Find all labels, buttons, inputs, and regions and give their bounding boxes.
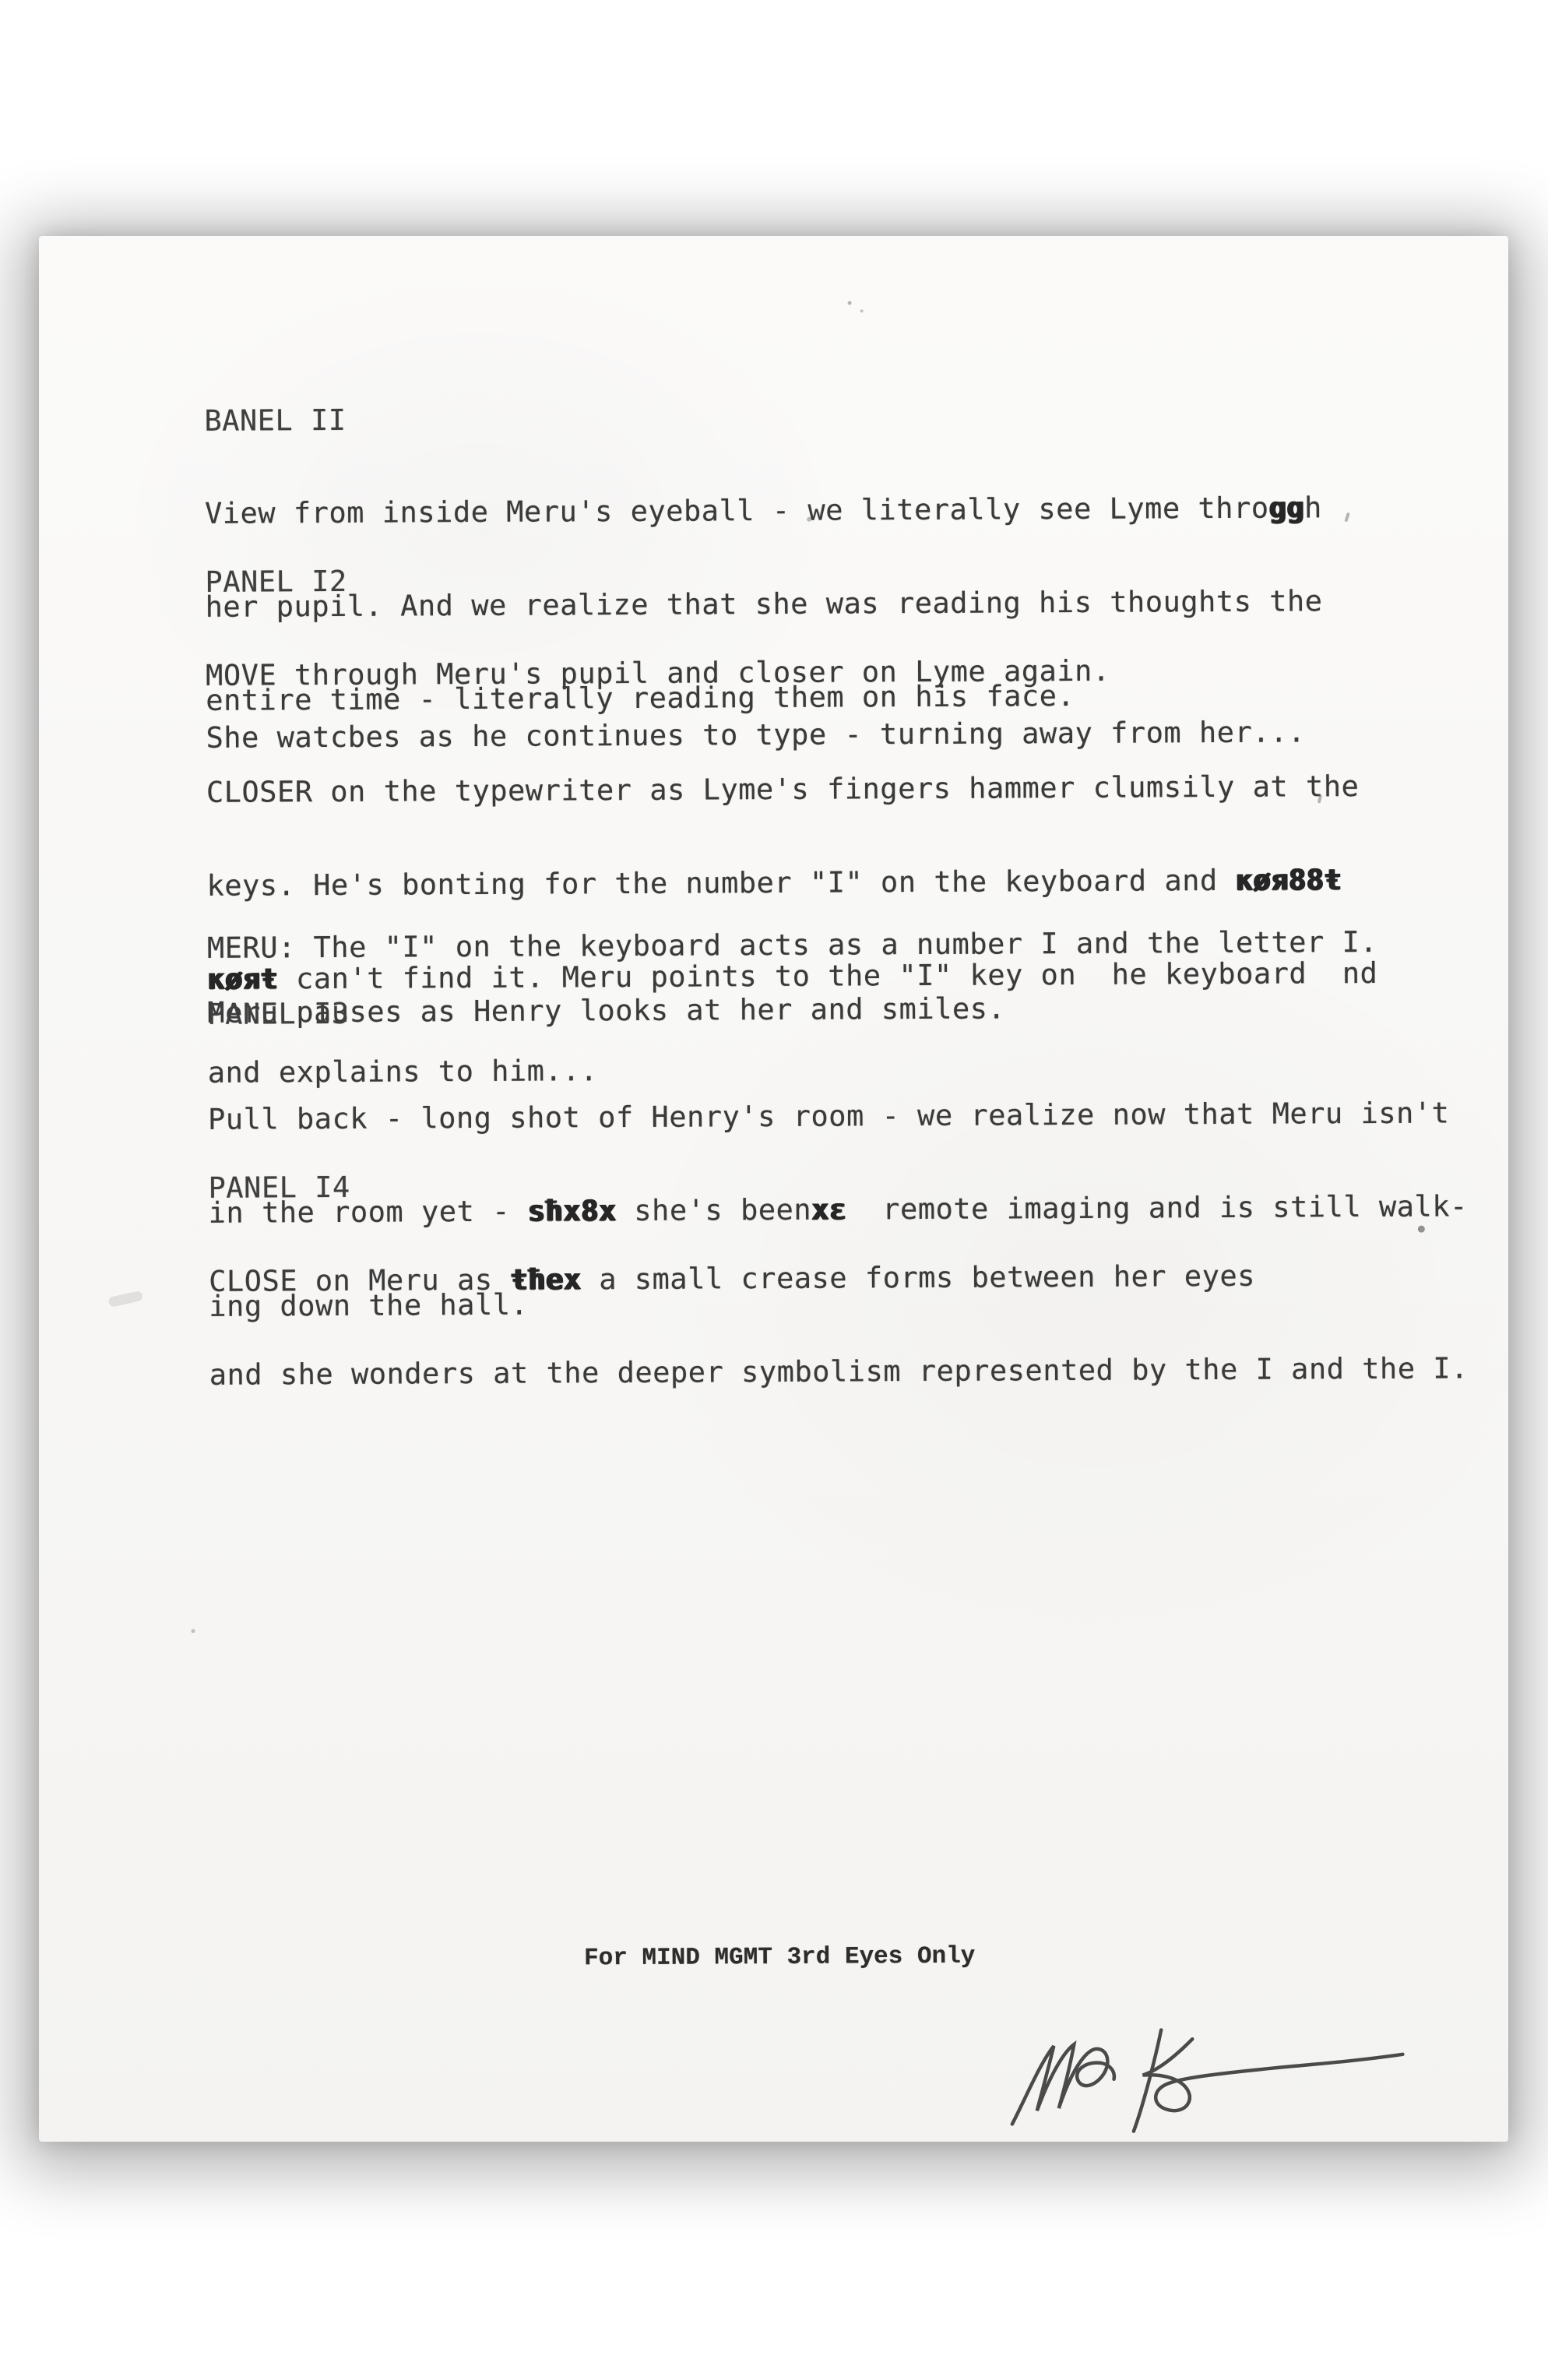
ink-speck: [819, 512, 822, 516]
screenshot-canvas: { "doc": { "blocks": [ { "kind": "headin…: [0, 0, 1548, 2380]
signature: [1007, 2027, 1413, 2142]
panel-heading-i2: PANEL I2: [205, 566, 347, 598]
panel-i4-description: CLOSE on Meru as ŧħex a small crease for…: [209, 1197, 1469, 1452]
ink-speck: [192, 1629, 195, 1633]
signature-stroke: [1011, 2029, 1403, 2132]
ink-speck: [1344, 512, 1349, 523]
typewritten-content: BANEL II View from inside Meru's eyeball…: [36, 231, 1515, 2145]
ink-speck: [860, 309, 864, 312]
panel-heading-i4: PANEL I4: [208, 1172, 350, 1204]
ink-speck: [848, 301, 852, 305]
panel-heading-i3: PANEL I3: [207, 998, 349, 1030]
script-line: View from inside Meru's eyeball - we lit…: [205, 492, 1322, 530]
script-line: Pull back - long shot of Henry's room - …: [208, 1097, 1467, 1135]
script-line: CLOSE on Meru as ŧħex a small crease for…: [209, 1259, 1468, 1297]
script-line: and she wonders at the deeper symbolism …: [209, 1353, 1469, 1390]
pencil-smudge: [107, 1290, 143, 1308]
panel-heading-i1: BANEL II: [204, 405, 346, 437]
ink-speck: [1418, 1226, 1425, 1233]
footer-note: For MIND MGMT 3rd Eyes Only: [584, 1943, 975, 1973]
ink-speck: [807, 517, 811, 522]
script-page: BANEL II View from inside Meru's eyeball…: [39, 236, 1508, 2142]
script-line: CLOSER on the typewriter as Lyme's finge…: [206, 771, 1377, 808]
